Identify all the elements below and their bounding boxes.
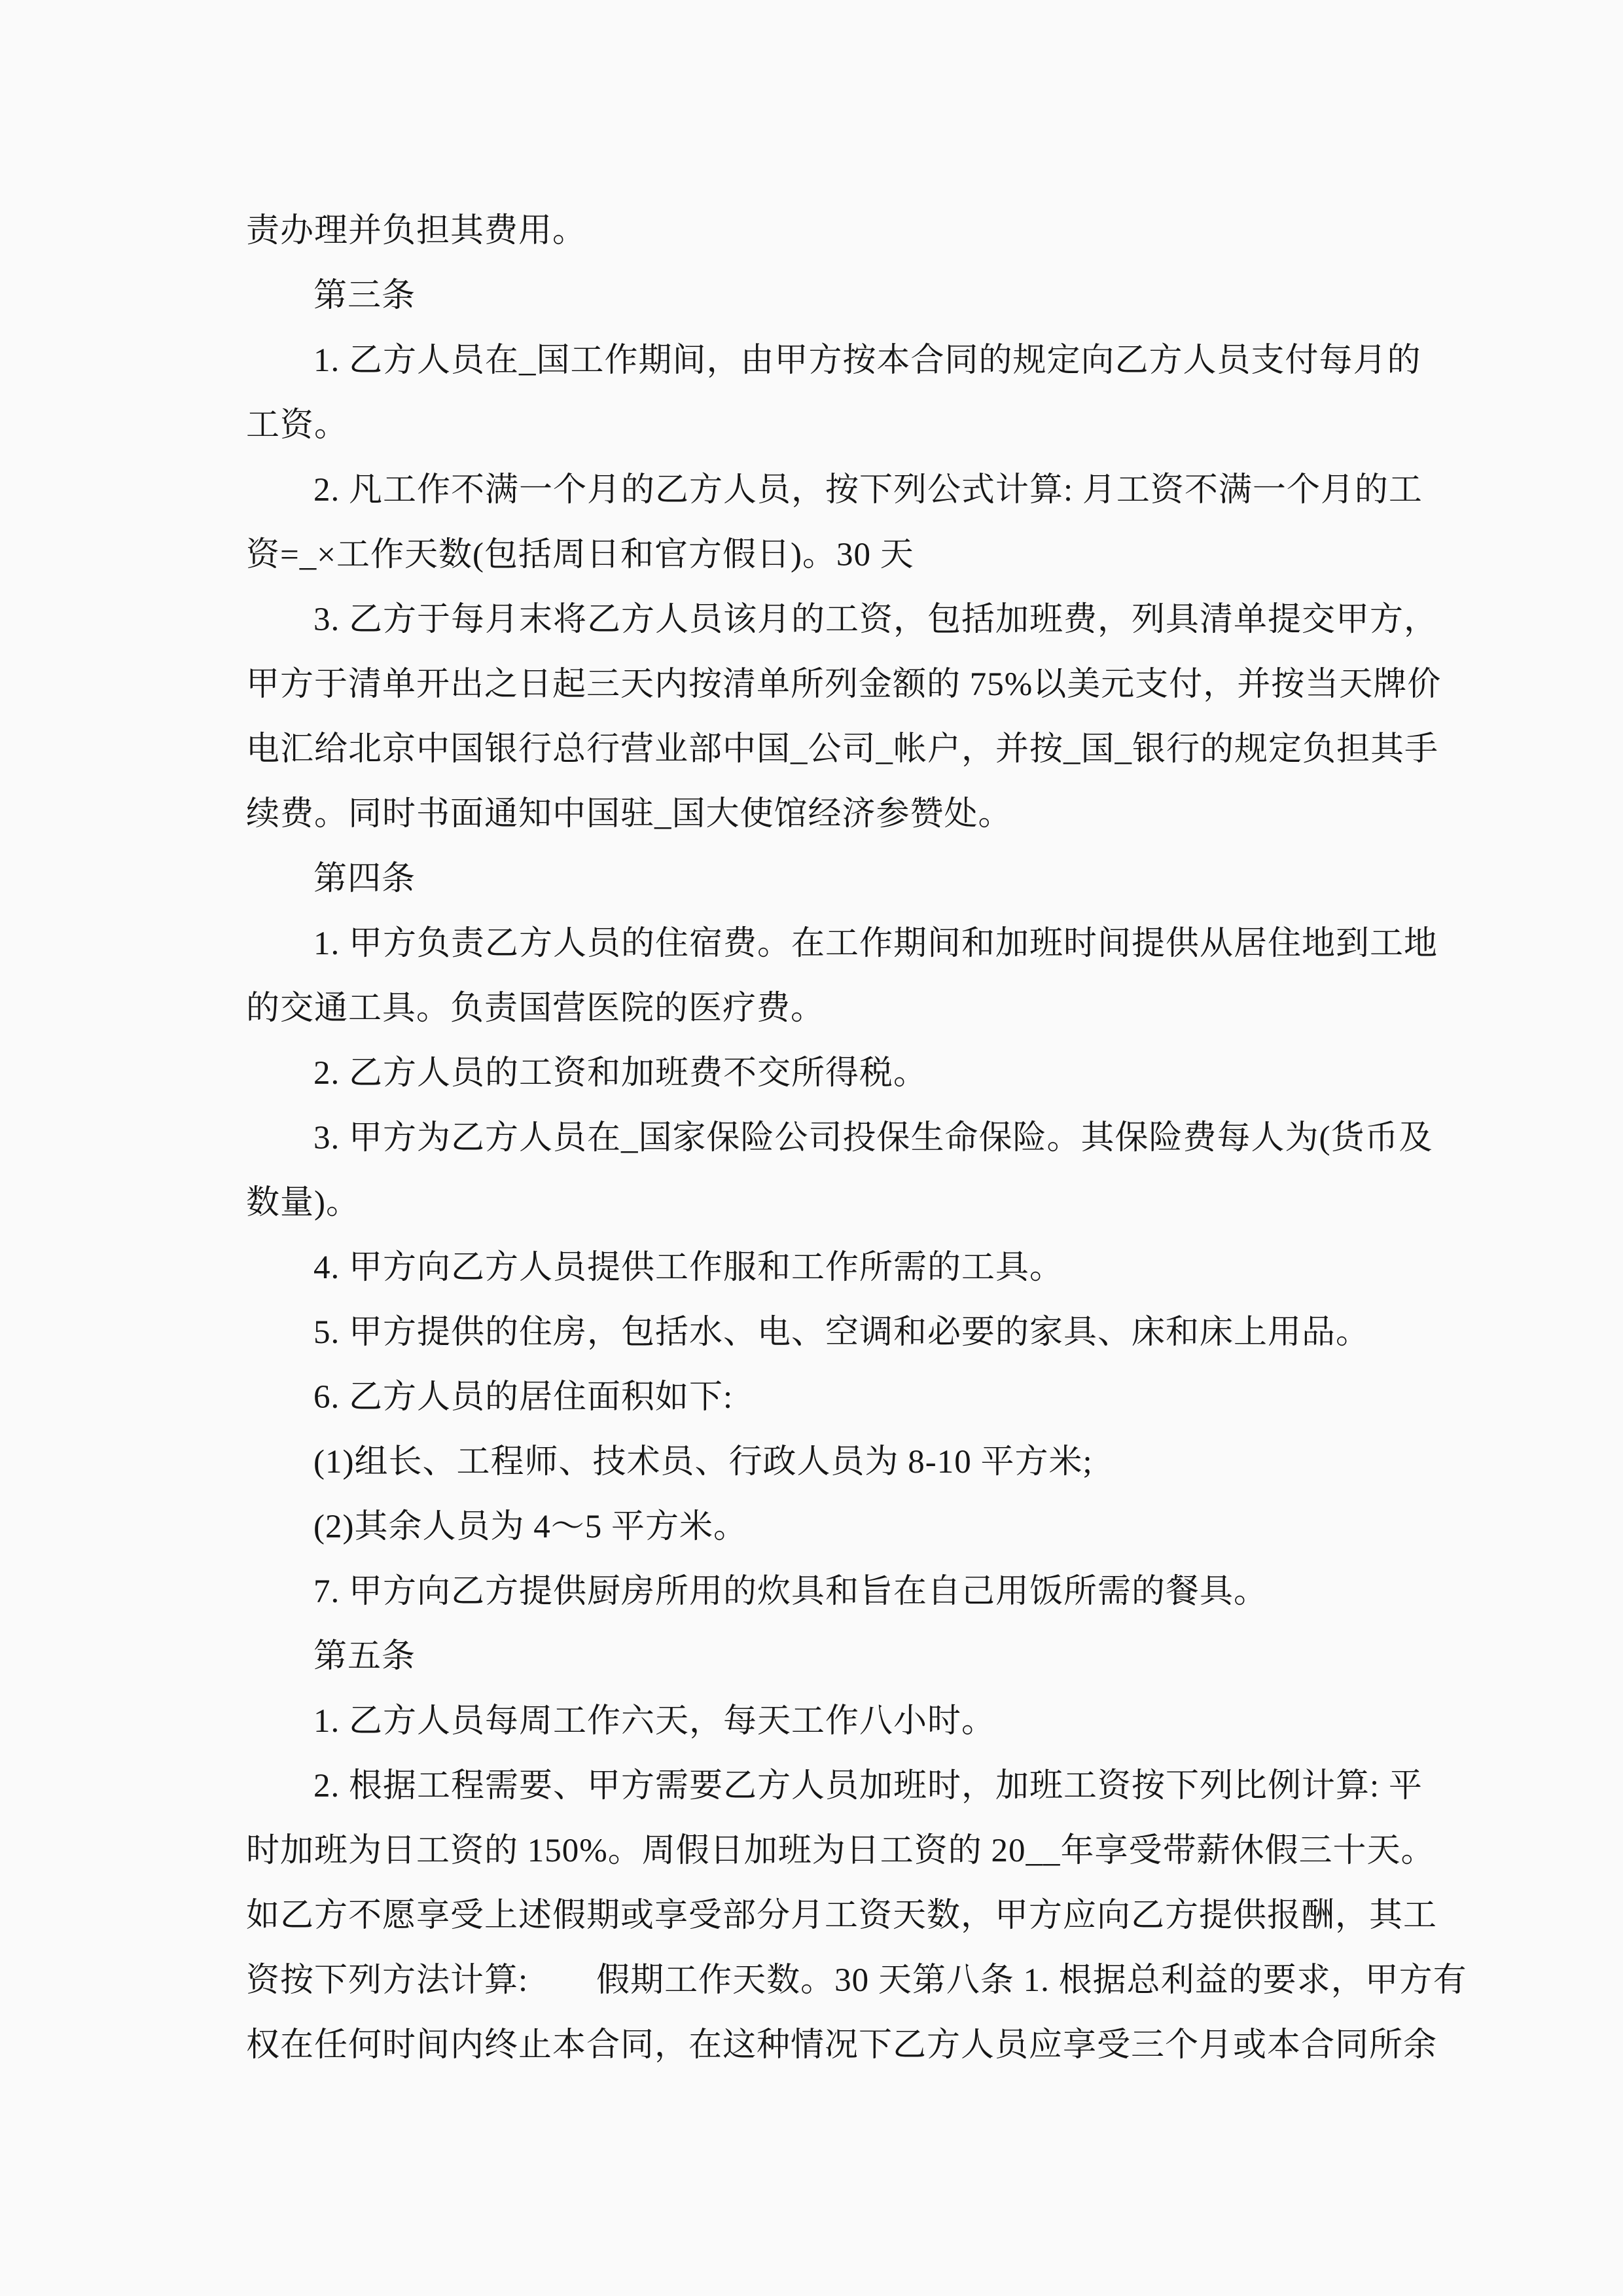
text-line: 资=_×工作天数(包括周日和官方假日)。30 天 xyxy=(246,523,1389,588)
text-line: 工资。 xyxy=(246,393,1389,458)
text-line: 3. 乙方于每月末将乙方人员该月的工资，包括加班费，列具清单提交甲方， xyxy=(246,588,1389,653)
text-line: 第五条 xyxy=(246,1624,1389,1689)
text-line: 如乙方不愿享受上述假期或享受部分月工资天数，甲方应向乙方提供报酬，其工 xyxy=(246,1884,1389,1948)
text-line: 责办理并负担其费用。 xyxy=(246,199,1389,264)
text-line: 第四条 xyxy=(246,847,1389,912)
text-line: 2. 乙方人员的工资和加班费不交所得税。 xyxy=(246,1041,1389,1106)
text-line: 2. 根据工程需要、甲方需要乙方人员加班时，加班工资按下列比例计算: 平 xyxy=(246,1754,1389,1819)
text-line: 4. 甲方向乙方人员提供工作服和工作所需的工具。 xyxy=(246,1236,1389,1300)
text-line: 续费。同时书面通知中国驻_国大使馆经济参赞处。 xyxy=(246,782,1389,847)
text-line: 电汇给北京中国银行总行营业部中国_公司_帐户，并按_国_银行的规定负担其手 xyxy=(246,717,1389,782)
text-line: 6. 乙方人员的居住面积如下: xyxy=(246,1365,1389,1430)
text-line: 1. 乙方人员在_国工作期间，由甲方按本合同的规定向乙方人员支付每月的 xyxy=(246,329,1389,393)
text-line: 资按下列方法计算: 假期工作天数。30 天第八条 1. 根据总利益的要求，甲方有 xyxy=(246,1948,1389,2013)
text-line: 1. 甲方负责乙方人员的住宿费。在工作期间和加班时间提供从居住地到工地 xyxy=(246,912,1389,977)
text-line: 的交通工具。负责国营医院的医疗费。 xyxy=(246,977,1389,1041)
text-line: 权在任何时间内终止本合同，在这种情况下乙方人员应享受三个月或本合同所余 xyxy=(246,2013,1389,2078)
contract-text-block: 责办理并负担其费用。 第三条 1. 乙方人员在_国工作期间，由甲方按本合同的规定… xyxy=(246,199,1389,2078)
text-line: 1. 乙方人员每周工作六天，每天工作八小时。 xyxy=(246,1689,1389,1754)
text-line: 7. 甲方向乙方提供厨房所用的炊具和旨在自己用饭所需的餐具。 xyxy=(246,1560,1389,1624)
text-line: 2. 凡工作不满一个月的乙方人员，按下列公式计算: 月工资不满一个月的工 xyxy=(246,458,1389,523)
document-page: 责办理并负担其费用。 第三条 1. 乙方人员在_国工作期间，由甲方按本合同的规定… xyxy=(0,0,1623,2296)
text-line: 数量)。 xyxy=(246,1171,1389,1236)
text-line: 时加班为日工资的 150%。周假日加班为日工资的 20__年享受带薪休假三十天。 xyxy=(246,1819,1389,1884)
text-line: (1)组长、工程师、技术员、行政人员为 8-10 平方米; xyxy=(246,1430,1389,1495)
text-line: 5. 甲方提供的住房，包括水、电、空调和必要的家具、床和床上用品。 xyxy=(246,1300,1389,1365)
text-line: (2)其余人员为 4～5 平方米。 xyxy=(246,1495,1389,1560)
text-line: 甲方于清单开出之日起三天内按清单所列金额的 75%以美元支付，并按当天牌价 xyxy=(246,653,1389,717)
text-line: 第三条 xyxy=(246,264,1389,329)
text-line: 3. 甲方为乙方人员在_国家保险公司投保生命保险。其保险费每人为(货币及 xyxy=(246,1106,1389,1171)
